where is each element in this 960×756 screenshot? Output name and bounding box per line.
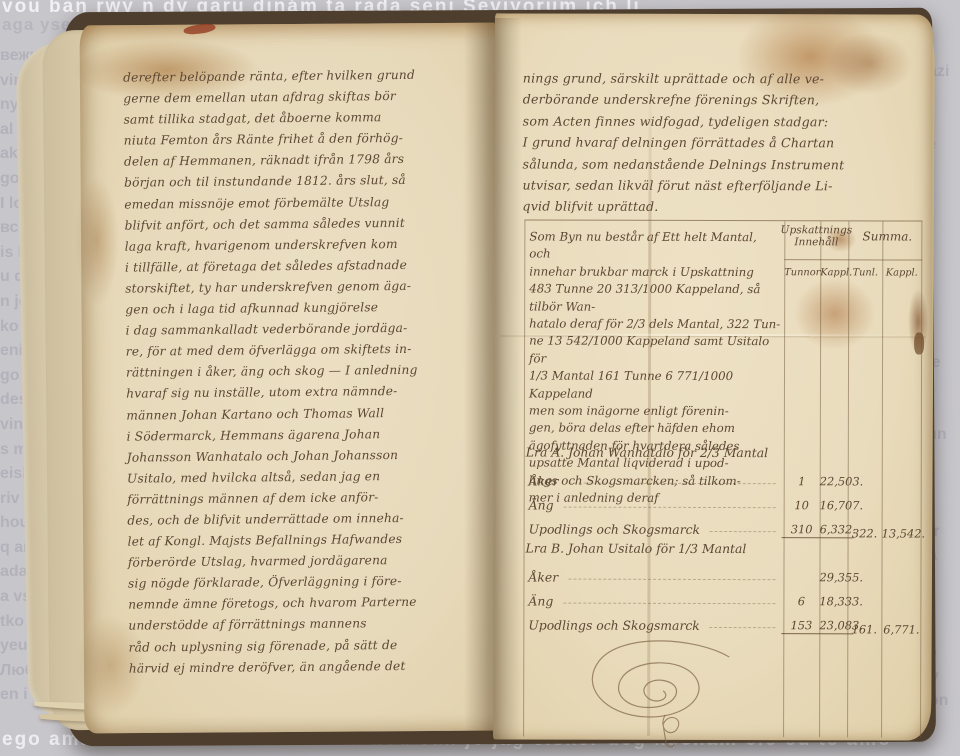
summa-kappl: 6,771.	[881, 622, 921, 639]
red-mark	[183, 23, 216, 36]
dotted-leader	[563, 603, 775, 605]
table-subheader-tunnor: Tunnor	[782, 267, 822, 278]
left-page-handwritten-text: derefter belöpande ränta, efter hvilken …	[123, 64, 491, 679]
stain-left-edge	[75, 175, 120, 305]
kappl-value: 22,503.	[820, 474, 848, 491]
table-subheader-kappl-2: Kappl.	[882, 267, 921, 278]
section-a-title: Lra A. Johan Wanhatalo för 2/3 Mantal	[526, 445, 826, 461]
dotted-leader	[710, 627, 776, 628]
row-label: Åker	[528, 570, 558, 587]
row-label: Upodlings och Skogsmarck	[529, 522, 701, 539]
dotted-leader	[568, 483, 775, 485]
tunnor-value: 1	[784, 474, 820, 491]
sum-underline-a	[782, 537, 854, 538]
row-label: Upodlings och Skogsmarck	[528, 618, 700, 635]
table-header-underline	[784, 259, 922, 260]
spiral-flourish	[583, 637, 743, 755]
summa-tunnor: 161.	[847, 622, 881, 639]
dotted-leader	[564, 507, 776, 509]
division-table: Upskattnings Innehåll Summa. Tunnor Kapp…	[523, 220, 922, 738]
kappl-value: 16,707.	[820, 498, 848, 515]
summa-kappl: 13,542.	[882, 526, 922, 543]
table-row: Äng 10 16,707.	[529, 491, 922, 516]
section-b-title: Lra B. Johan Usitalo för 1/3 Mantal	[526, 541, 826, 557]
row-label: Äng	[528, 594, 553, 611]
table-row: Äng 6 18,333.	[528, 587, 921, 612]
right-page-handwritten-text: nings grund, särskilt uprättade och af a…	[522, 68, 924, 219]
table-row: Upodlings och Skogsmarck 310 6,332. 322.…	[529, 515, 922, 540]
right-page: nings grund, särskilt uprättade och af a…	[493, 13, 933, 740]
left-page: derefter belöpande ränta, efter hvilken …	[80, 23, 501, 734]
table-subheader-tunl: Tunl.	[848, 267, 882, 278]
table-row: Åker 1 22,503.	[529, 467, 922, 492]
table-subheader-kappl: Kappl.	[820, 267, 848, 278]
table-header-summa: Summa.	[854, 230, 920, 242]
dotted-leader	[710, 531, 776, 532]
photo-of-manuscript: { "background": { "top_line1": "vou ban …	[0, 0, 960, 756]
tunnor-value: 6	[783, 594, 819, 611]
tunnor-value: 10	[784, 498, 820, 515]
table-header-upskattning: Upskattnings Innehåll	[780, 224, 852, 248]
summa-tunnor: 322.	[848, 526, 882, 543]
kappl-value: 18,333.	[819, 594, 847, 611]
table-left-border	[523, 221, 525, 737]
table-row: Upodlings och Skogsmarck 153 23,083. 161…	[528, 611, 921, 636]
dotted-leader	[568, 579, 775, 581]
table-row: Åker 29,355.	[528, 563, 921, 588]
sum-underline-b	[781, 633, 853, 634]
row-label: Äng	[529, 498, 554, 515]
kappl-value: 29,355.	[819, 570, 847, 587]
row-label: Åker	[529, 474, 559, 491]
